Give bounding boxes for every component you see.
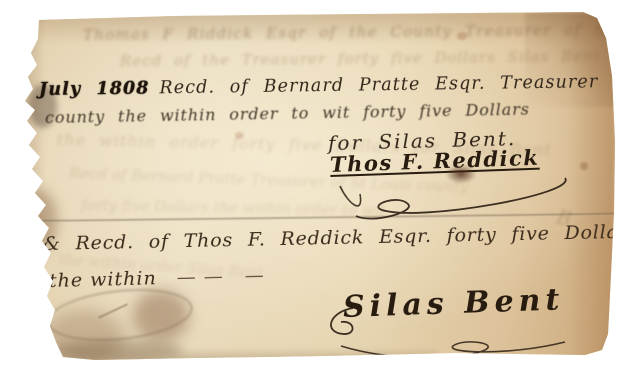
lower-line-2-text: the within bbox=[49, 267, 157, 292]
fox-spot bbox=[580, 162, 588, 170]
torn-edge-shading bbox=[25, 12, 45, 362]
lower-receipt-line-1: & Recd. of Thos F. Reddick Esqr. forty f… bbox=[43, 221, 640, 255]
upper-receipt-line-2: county the within order to wit forty fiv… bbox=[45, 100, 530, 127]
ink-blot bbox=[445, 164, 477, 184]
ink-smudge bbox=[53, 340, 183, 360]
bent-signature: Silas Bent bbox=[342, 282, 564, 325]
trailing-dashes: —— — bbox=[176, 264, 272, 288]
date-text: July 1808 bbox=[39, 78, 150, 100]
scanned-receipt-image: Thomas F Riddick Esqr of the County Trea… bbox=[0, 0, 640, 389]
lower-receipt-line-2: the within—— — bbox=[49, 264, 272, 292]
receipt-paper: Thomas F Riddick Esqr of the County Trea… bbox=[25, 12, 615, 362]
